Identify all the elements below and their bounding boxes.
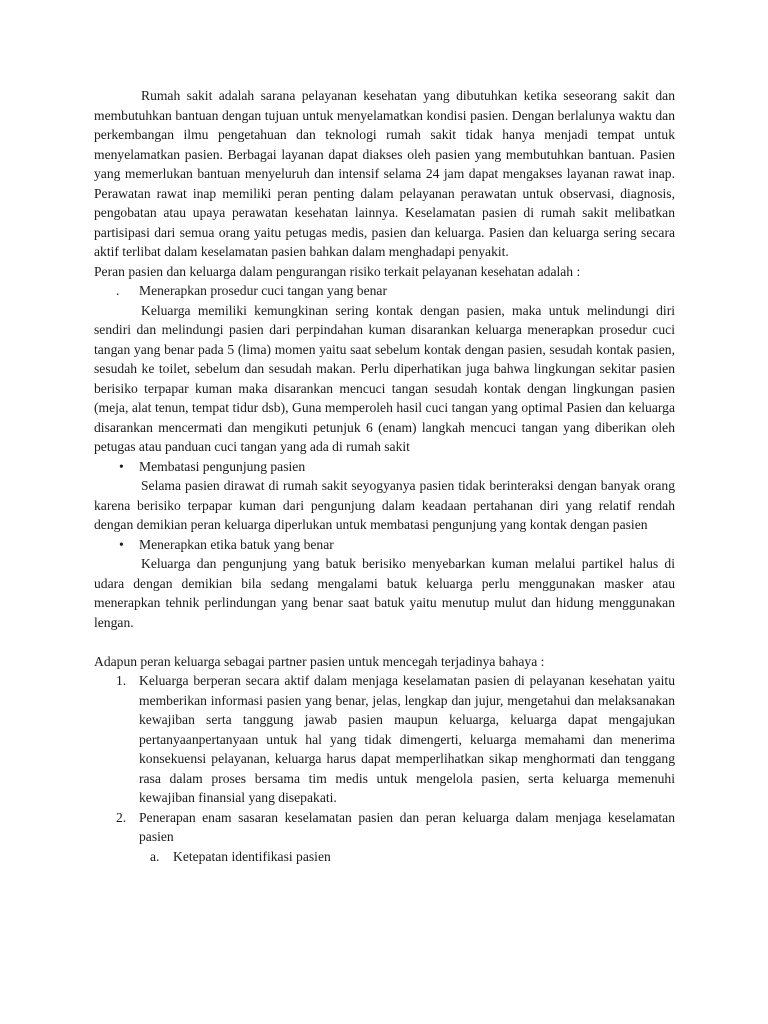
bullet-icon: • <box>119 535 124 555</box>
list-letter: a. <box>150 847 159 867</box>
partner-item-text: Penerapan enam sasaran keselamatan pasie… <box>139 810 675 845</box>
partner-item-2: 2. Penerapan enam sasaran keselamatan pa… <box>94 808 675 847</box>
list-number: 1. <box>116 671 126 691</box>
role-body-cough-etiquette: Keluarga dan pengunjung yang batuk beris… <box>94 554 675 632</box>
partner-heading: Adapun peran keluarga sebagai partner pa… <box>94 652 675 672</box>
role-body-handwashing: Keluarga memiliki kemungkinan sering kon… <box>94 301 675 457</box>
list-number: 2. <box>116 808 126 828</box>
role-item-cough-etiquette: • Menerapkan etika batuk yang benar <box>94 535 675 555</box>
sub-item-a: a. Ketepatan identifikasi pasien <box>94 847 675 867</box>
role-item-visitors: • Membatasi pengunjung pasien <box>94 457 675 477</box>
partner-item-text: Keluarga berperan secara aktif dalam men… <box>139 673 675 805</box>
document-page: Rumah sakit adalah sarana pelayanan kese… <box>94 86 675 866</box>
list-marker: . <box>116 281 119 301</box>
intro-paragraph: Rumah sakit adalah sarana pelayanan kese… <box>94 86 675 262</box>
sub-item-text: Ketepatan identifikasi pasien <box>173 849 331 864</box>
role-title: Menerapkan etika batuk yang benar <box>139 537 334 552</box>
role-title: Menerapkan prosedur cuci tangan yang ben… <box>139 283 387 298</box>
roles-heading: Peran pasien dan keluarga dalam penguran… <box>94 262 675 282</box>
bullet-icon: • <box>119 457 124 477</box>
partner-item-1: 1. Keluarga berperan secara aktif dalam … <box>94 671 675 808</box>
blank-line <box>94 632 675 652</box>
role-title: Membatasi pengunjung pasien <box>139 459 305 474</box>
role-body-visitors: Selama pasien dirawat di rumah sakit sey… <box>94 476 675 535</box>
role-item-handwashing: . Menerapkan prosedur cuci tangan yang b… <box>94 281 675 301</box>
